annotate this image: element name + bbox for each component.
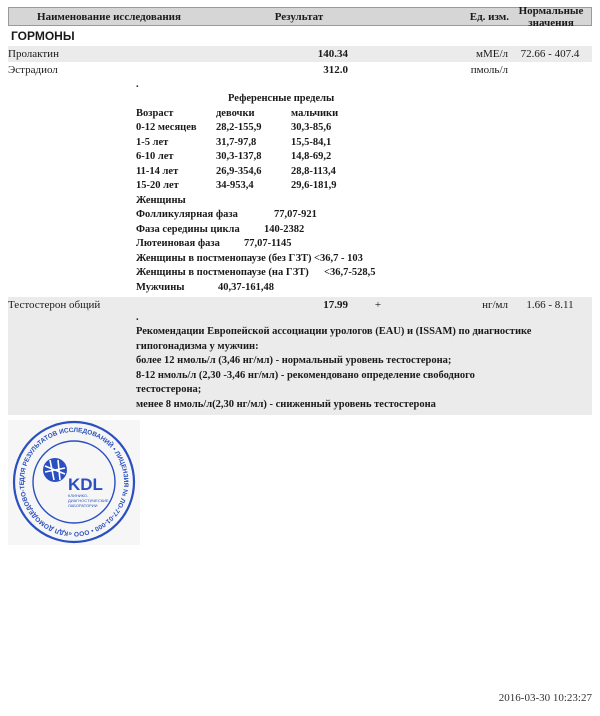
girls-col-label: девочки xyxy=(216,107,291,122)
girls-value: 28,2-155,9 xyxy=(216,121,291,136)
stamp-seal-icon: ДЛЯ РЕЗУЛЬТАТОВ ИССЛЕДОВАНИЙ • ЛИЦЕНЗИЯ … xyxy=(8,420,140,545)
test-result: 140.34 xyxy=(208,48,348,60)
header-result: Результат xyxy=(209,11,389,23)
svg-text:ЛАБОРАТОРИИ: ЛАБОРАТОРИИ xyxy=(68,503,98,508)
women-row-value: 140-2382 xyxy=(264,224,304,235)
table-row-testosterone: Тестостерон общий 17.99 + нг/мл 1.66 - 8… xyxy=(8,297,592,313)
age-col-label: Возраст xyxy=(136,107,216,122)
girls-value: 31,7-97,8 xyxy=(216,136,291,151)
lab-report: Наименование исследования Результат Ед. … xyxy=(8,7,592,415)
comment-line: гипогонадизма у мужчин: xyxy=(136,340,592,355)
women-row: Фаза середины цикла140-2382 xyxy=(136,223,592,238)
test-result: 312.0 xyxy=(208,64,348,76)
age-value: 11-14 лет xyxy=(136,165,216,180)
boys-value: 14,8-69,2 xyxy=(291,150,381,165)
boys-value: 15,5-84,1 xyxy=(291,136,381,151)
test-normal: 1.66 - 8.11 xyxy=(508,299,592,311)
section-title: ГОРМОНЫ xyxy=(8,26,592,46)
svg-text:KDL: KDL xyxy=(68,475,103,494)
women-row: Лютеиновая фаза77,07-1145 xyxy=(136,237,592,252)
table-header: Наименование исследования Результат Ед. … xyxy=(8,7,592,26)
test-unit: пмоль/л xyxy=(408,64,508,76)
women-row-value: <36,7-528,5 xyxy=(324,267,375,278)
comment-line: тестостерона; xyxy=(136,383,592,398)
test-name: Пролактин xyxy=(8,48,208,60)
boys-value: 29,6-181,9 xyxy=(291,179,381,194)
women-row-label: Фолликулярная фаза xyxy=(136,208,274,223)
test-name: Тестостерон общий xyxy=(8,299,208,311)
comment-line: Рекомендации Европейской ассоциации урол… xyxy=(136,325,592,340)
men-value: 40,37-161,48 xyxy=(218,282,274,293)
age-row: 11-14 лет26,9-354,628,8-113,4 xyxy=(136,165,592,180)
girls-value: 34-953,4 xyxy=(216,179,291,194)
age-value: 15-20 лет xyxy=(136,179,216,194)
comment-line: менее 8 нмоль/л(2,30 нг/мл) - сниженный … xyxy=(136,398,592,413)
age-value: 1-5 лет xyxy=(136,136,216,151)
age-row: 6-10 лет30,3-137,814,8-69,2 xyxy=(136,150,592,165)
header-unit: Ед. изм. xyxy=(389,11,511,23)
test-flag: + xyxy=(348,299,408,311)
test-name: Эстрадиол xyxy=(8,64,208,76)
header-name: Наименование исследования xyxy=(9,11,209,23)
testosterone-comment-lines: Рекомендации Европейской ассоциации урол… xyxy=(136,325,592,412)
age-row: 0-12 месяцев28,2-155,930,3-85,6 xyxy=(136,121,592,136)
kdl-globe-icon xyxy=(43,458,67,482)
women-row-value: 77,07-921 xyxy=(274,209,317,220)
comment-dot: . xyxy=(136,80,592,92)
reference-title: Референсные пределы xyxy=(136,92,592,107)
women-row-label: Фаза середины цикла xyxy=(136,223,264,238)
women-row: Фолликулярная фаза77,07-921 xyxy=(136,208,592,223)
women-row: Женщины в постменопаузе (без ГЗТ)<36,7 -… xyxy=(136,252,592,267)
boys-col-label: мальчики xyxy=(291,107,381,122)
table-row-prolactin: Пролактин 140.34 мМЕ/л 72.66 - 407.4 xyxy=(8,46,592,62)
test-normal: 72.66 - 407.4 xyxy=(508,48,592,60)
girls-value: 30,3-137,8 xyxy=(216,150,291,165)
men-row: Мужчины40,37-161,48 xyxy=(136,281,592,296)
comment-dot: . xyxy=(136,313,592,325)
test-result: 17.99 xyxy=(208,299,348,311)
estradiol-comment: . Референсные пределы Возраст девочки ма… xyxy=(8,78,592,297)
testosterone-comment: . Рекомендации Европейской ассоциации ур… xyxy=(8,313,592,415)
test-unit: нг/мл xyxy=(408,299,508,311)
women-row-value: 77,07-1145 xyxy=(244,238,292,249)
boys-value: 30,3-85,6 xyxy=(291,121,381,136)
women-row-label: Женщины в постменопаузе (на ГЗТ) xyxy=(136,266,324,281)
men-label: Мужчины xyxy=(136,281,218,296)
age-row: 1-5 лет31,7-97,815,5-84,1 xyxy=(136,136,592,151)
girls-value: 26,9-354,6 xyxy=(216,165,291,180)
age-row: 15-20 лет34-953,429,6-181,9 xyxy=(136,179,592,194)
boys-value: 28,8-113,4 xyxy=(291,165,381,180)
women-label: Женщины xyxy=(136,194,592,209)
women-row-label: Лютеиновая фаза xyxy=(136,237,244,252)
test-unit: мМЕ/л xyxy=(408,48,508,60)
women-row: Женщины в постменопаузе (на ГЗТ)<36,7-52… xyxy=(136,266,592,281)
age-value: 0-12 месяцев xyxy=(136,121,216,136)
comment-line: 8-12 нмоль/л (2,30 -3,46 нг/мл) - рекоме… xyxy=(136,369,592,384)
header-normal: Нормальные значения xyxy=(511,5,591,29)
age-value: 6-10 лет xyxy=(136,150,216,165)
print-timestamp: 2016-03-30 10:23:27 xyxy=(499,692,592,704)
comment-line: более 12 нмоль/л (3,46 нг/мл) - нормальн… xyxy=(136,354,592,369)
table-row-estradiol: Эстрадиол 312.0 пмоль/л xyxy=(8,62,592,78)
age-rows: 0-12 месяцев28,2-155,930,3-85,61-5 лет31… xyxy=(136,121,592,194)
age-header: Возраст девочки мальчики xyxy=(136,107,592,122)
women-rows: Фолликулярная фаза77,07-921Фаза середины… xyxy=(136,208,592,281)
women-row-value: <36,7 - 103 xyxy=(314,253,363,264)
women-row-label: Женщины в постменопаузе (без ГЗТ) xyxy=(136,252,314,267)
lab-stamp: ДЛЯ РЕЗУЛЬТАТОВ ИССЛЕДОВАНИЙ • ЛИЦЕНЗИЯ … xyxy=(8,420,140,545)
